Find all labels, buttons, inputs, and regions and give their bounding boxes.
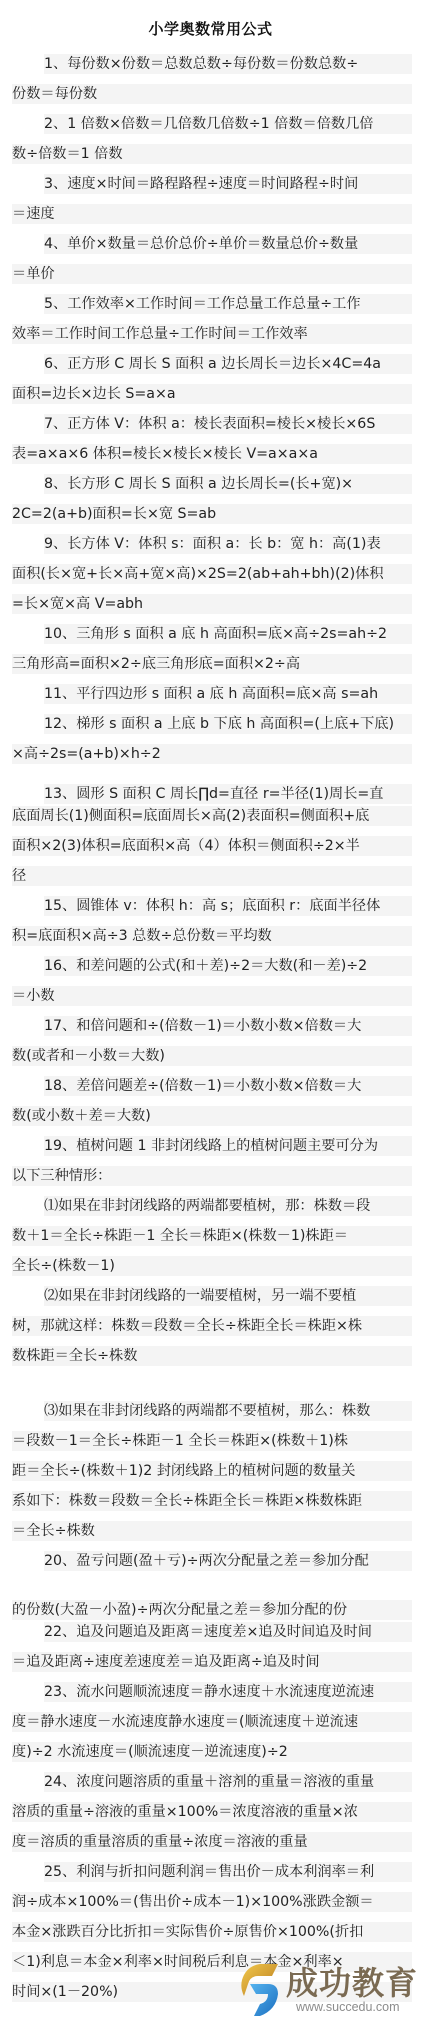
formula-line: 溶质的重量÷溶液的重量×100%＝浓度溶液的重量×浓 — [12, 1802, 412, 1822]
formula-line: 份数＝每份数 — [12, 84, 412, 104]
formula-line: 径 — [12, 866, 412, 886]
formula-line: 6、正方形 C 周长 S 面积 a 边长周长＝边长×4C=4a — [44, 354, 412, 374]
watermark: 成功教育 www.succedu.com — [238, 1958, 421, 2021]
formula-line: 底面周长(1)侧面积=底面周长×高(2)表面积=侧面积+底 — [12, 806, 412, 826]
formula-line: ＝全长÷株数 — [12, 1521, 412, 1541]
formula-line: 积=底面积×高÷3 总数÷总份数＝平均数 — [12, 926, 412, 946]
formula-line: ＝速度 — [12, 204, 412, 224]
formula-line: 20、盈亏问题(盈＋亏)÷两次分配量之差＝参加分配 — [44, 1551, 412, 1571]
formula-line: 面积(长×宽+长×高+宽×高)×2S=2(ab+ah+bh)(2)体积 — [12, 564, 412, 584]
formula-line: 数株距＝全长÷株数 — [12, 1346, 412, 1366]
formula-line: 润÷成本×100%＝(售出价÷成本－1)×100%涨跌金额＝ — [12, 1892, 412, 1912]
formula-line: ⑵如果在非封闭线路的一端要植树，另一端不要植 — [44, 1286, 412, 1306]
brand-logo-icon — [238, 1962, 282, 2018]
formula-line: 15、圆锥体 v：体积 h：高 s；底面积 r：底面半径体 — [44, 896, 412, 916]
formula-line: 数÷倍数＝1 倍数 — [12, 144, 412, 164]
formula-line: 16、和差问题的公式(和＋差)÷2＝大数(和－差)÷2 — [44, 956, 412, 976]
formula-line: 13、圆形 S 面积 C 周长∏d=直径 r=半径(1)周长=直 — [44, 784, 412, 804]
formula-line: 的份数(大盈－小盈)÷两次分配量之差＝参加分配的份 — [12, 1600, 412, 1620]
formula-line: 数(或者和－小数＝大数) — [12, 1046, 412, 1066]
formula-line: 18、差倍问题差÷(倍数－1)＝小数小数×倍数＝大 — [44, 1076, 412, 1096]
formula-line: 全长÷(株数－1) — [12, 1256, 412, 1276]
formula-line: 三角形高=面积×2÷底三角形底=面积×2÷高 — [12, 654, 412, 674]
formula-line: 8、长方形 C 周长 S 面积 a 边长周长=(长+宽)× — [44, 474, 412, 494]
formula-line: =长×宽×高 V=abh — [12, 594, 412, 614]
formula-line: 度＝溶质的重量溶质的重量÷浓度＝溶液的重量 — [12, 1832, 412, 1852]
formula-line: ×高÷2s=(a+b)×h÷2 — [12, 744, 412, 764]
formula-line: 效率＝工作时间工作总量÷工作时间＝工作效率 — [12, 324, 412, 344]
formula-line: ＝单价 — [12, 264, 412, 284]
formula-line: 数(或小数＋差＝大数) — [12, 1106, 412, 1126]
formula-line: 9、长方体 V：体积 s：面积 a：长 b：宽 h：高(1)表 — [44, 534, 412, 554]
formula-line: 树，那就这样：株数＝段数＝全长÷株距全长＝株距×株 — [12, 1316, 412, 1336]
formula-line: ＝段数－1＝全长÷株距－1 全长＝株距×(株数＋1)株 — [12, 1431, 412, 1451]
formula-line: 17、和倍问题和÷(倍数－1)＝小数小数×倍数＝大 — [44, 1016, 412, 1036]
formula-line: 以下三种情形： — [12, 1166, 412, 1186]
formula-line: 25、利润与折扣问题利润＝售出价－成本利润率＝利 — [44, 1862, 412, 1882]
formula-line: 5、工作效率×工作时间＝工作总量工作总量÷工作 — [44, 294, 412, 314]
formula-line: 12、梯形 s 面积 a 上底 b 下底 h 高面积=(上底+下底) — [44, 714, 412, 734]
formula-line: 3、速度×时间＝路程路程÷速度＝时间路程÷时间 — [44, 174, 412, 194]
formula-line: 24、浓度问题溶质的重量＋溶剂的重量＝溶液的重量 — [44, 1772, 412, 1792]
brand-name: 成功教育 — [286, 1958, 418, 2004]
formula-line: 4、单价×数量＝总价总价÷单价＝数量总价÷数量 — [44, 234, 412, 254]
formula-line: ⑴如果在非封闭线路的两端都要植树，那：株数＝段 — [44, 1196, 412, 1216]
formula-line: 距＝全长÷(株数＋1)2 封闭线路上的植树问题的数量关 — [12, 1461, 412, 1481]
formula-line: ＝小数 — [12, 986, 412, 1006]
formula-line: ＝追及距离÷速度差速度差＝追及距离÷追及时间 — [12, 1652, 412, 1672]
formula-line: 系如下：株数＝段数＝全长÷株距全长＝株距×株数株距 — [12, 1491, 412, 1511]
formula-line: 10、三角形 s 面积 a 底 h 高面积=底×高÷2s=ah÷2 — [44, 624, 412, 644]
brand-url: www.succedu.com — [296, 2000, 400, 2014]
formula-line: 度)÷2 水流速度＝(顺流速度－逆流速度)÷2 — [12, 1742, 412, 1762]
formula-line: 11、平行四边形 s 面积 a 底 h 高面积=底×高 s=ah — [44, 684, 412, 704]
formula-line: 7、正方体 V：体积 a：棱长表面积=棱长×棱长×6S — [44, 414, 412, 434]
formula-line: 2、1 倍数×倍数＝几倍数几倍数÷1 倍数＝倍数几倍 — [44, 114, 412, 134]
formula-line: 数＋1＝全长÷株距－1 全长＝株距×(株数－1)株距＝ — [12, 1226, 412, 1246]
formula-line: 22、追及问题追及距离＝速度差×追及时间追及时间 — [44, 1622, 412, 1642]
document-title: 小学奥数常用公式 — [0, 18, 421, 39]
formula-line: 本金×涨跌百分比折扣＝实际售价÷原售价×100%(折扣 — [12, 1922, 412, 1942]
formula-line: 19、植树问题 1 非封闭线路上的植树问题主要可分为 — [44, 1136, 412, 1156]
formula-line: ⑶如果在非封闭线路的两端都不要植树，那么：株数 — [44, 1401, 412, 1421]
formula-line: 1、每份数×份数＝总数总数÷每份数＝份数总数÷ — [44, 54, 412, 74]
formula-line: 度＝静水速度－水流速度静水速度＝(顺流速度＋逆流速 — [12, 1712, 412, 1732]
formula-line: 23、流水问题顺流速度＝静水速度＋水流速度逆流速 — [44, 1682, 412, 1702]
formula-line: 面积=边长×边长 S=a×a — [12, 384, 412, 404]
formula-line: 2C=2(a+b)面积=长×宽 S=ab — [12, 504, 412, 524]
formula-line: 表=a×a×6 体积=棱长×棱长×棱长 V=a×a×a — [12, 444, 412, 464]
formula-line: 面积×2(3)体积=底面积×高（4）体积＝侧面积÷2×半 — [12, 836, 412, 856]
